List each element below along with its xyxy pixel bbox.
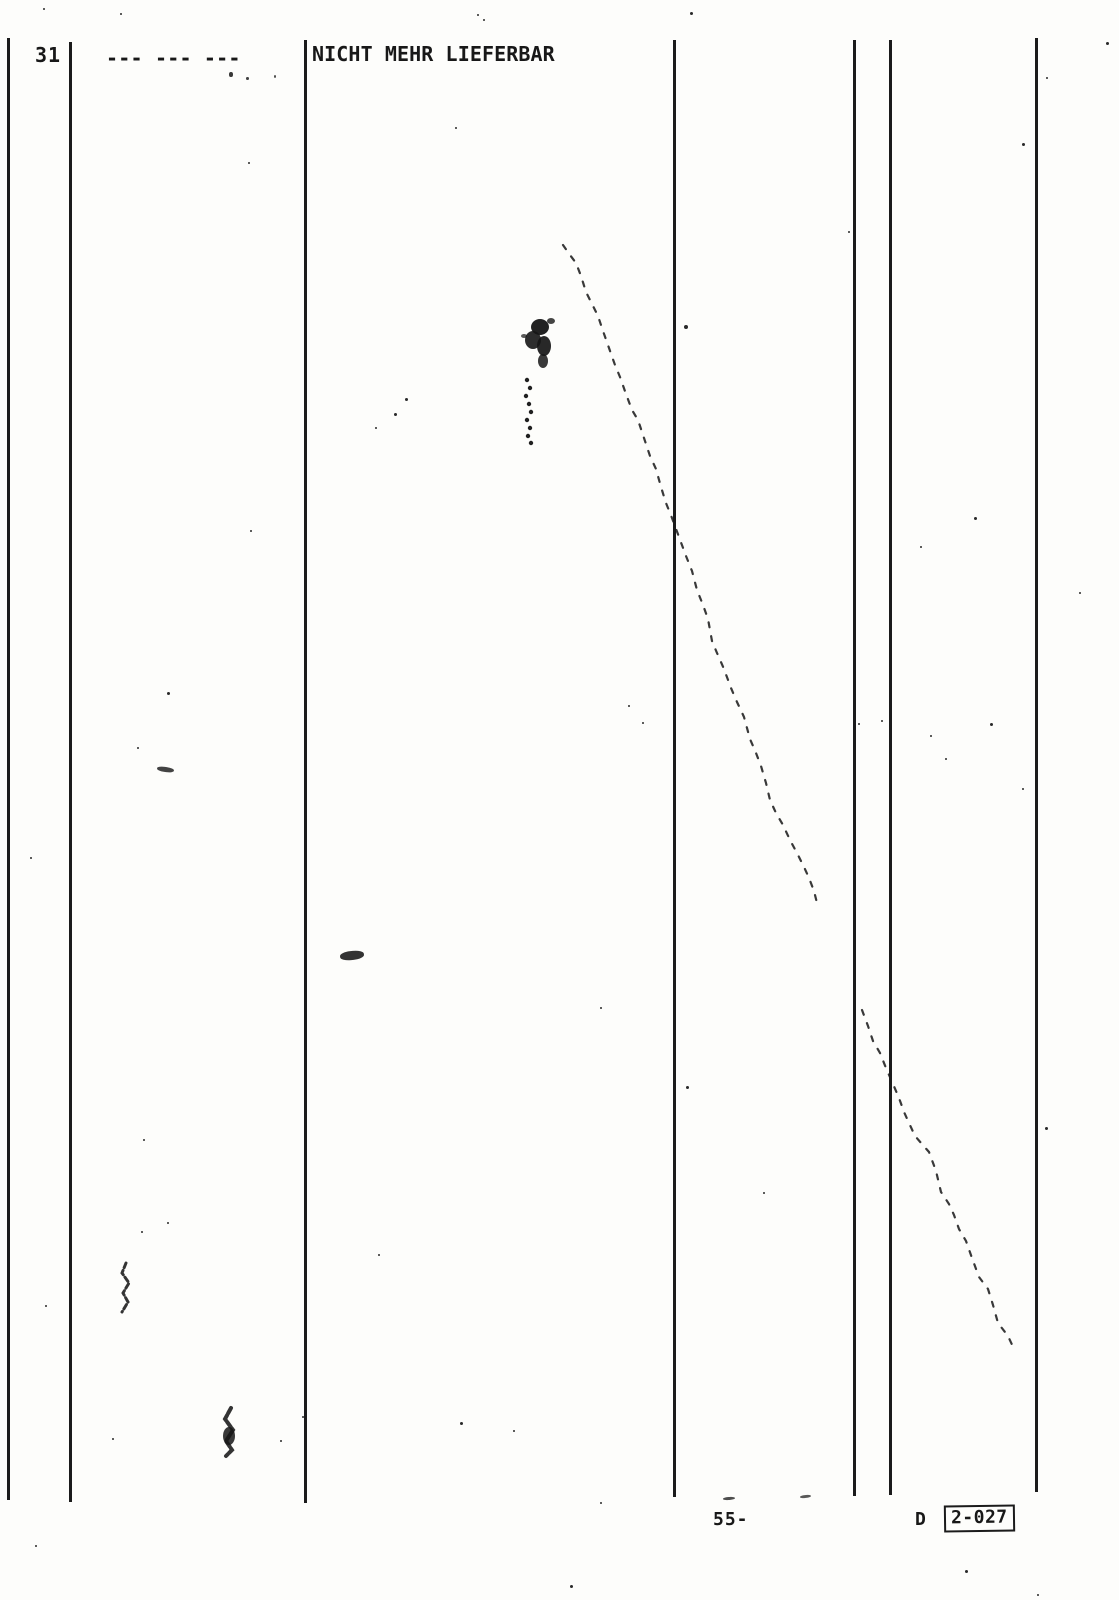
ink-blot: [547, 318, 555, 324]
scan-speck: [570, 1585, 573, 1588]
scan-speck: [920, 546, 922, 548]
scan-speck: [248, 162, 250, 164]
scan-speck: [30, 857, 32, 859]
scan-speck: [990, 723, 993, 726]
scan-speck: [137, 747, 139, 749]
ink-blot: [531, 319, 549, 335]
scan-speck: [250, 530, 252, 532]
scan-speck: [1046, 77, 1048, 79]
scan-speck: [965, 1570, 968, 1573]
scan-speck: [167, 1222, 169, 1224]
column-rule: [1035, 38, 1038, 1492]
scan-smudge: [157, 766, 175, 773]
scan-speck: [302, 1416, 304, 1418]
scan-speck: [1022, 788, 1024, 790]
scan-speck: [394, 413, 397, 416]
scan-speck: [455, 127, 457, 129]
ink-squiggle-mark: [225, 1408, 233, 1456]
ink-dot: [529, 441, 533, 445]
scan-speck: [35, 1545, 37, 1547]
scan-speck: [375, 427, 377, 429]
ink-dot: [525, 418, 529, 422]
paper-crease-mark: [862, 1010, 1014, 1349]
page-number: 55-: [713, 1511, 749, 1529]
scan-speck: [460, 1422, 463, 1425]
ink-blot: [223, 1427, 235, 1445]
ink-dot: [528, 386, 532, 390]
scan-speck: [974, 517, 977, 520]
scan-speck: [881, 720, 883, 722]
scan-smudge: [800, 1494, 811, 1498]
scan-speck: [763, 1192, 765, 1194]
scan-speck: [930, 735, 932, 737]
scan-speck: [141, 1231, 143, 1233]
scan-speck: [143, 1139, 145, 1141]
scan-speck: [684, 325, 688, 329]
ink-dot: [526, 434, 530, 438]
scan-speck: [600, 1502, 602, 1504]
scan-speck: [1037, 1594, 1039, 1596]
scan-speck: [167, 692, 170, 695]
scan-speck: [112, 1438, 114, 1440]
scan-speck: [858, 723, 860, 725]
column-rule: [673, 40, 676, 1497]
scan-speck: [477, 14, 479, 16]
ink-dot: [527, 402, 531, 406]
ink-blot: [525, 331, 541, 349]
ink-blot: [538, 354, 548, 368]
scan-speck: [378, 1254, 380, 1256]
scan-smudge: [274, 75, 276, 78]
scan-speck: [945, 758, 947, 760]
scan-speck: [1106, 42, 1109, 45]
availability-note: NICHT MEHR LIEFERBAR: [312, 44, 555, 64]
scan-smudge: [246, 77, 249, 80]
scan-smudge: [229, 72, 233, 77]
scan-speck: [1045, 1127, 1048, 1130]
plate-code: 2-027: [944, 1505, 1015, 1533]
scan-speck: [513, 1430, 515, 1432]
scan-speck: [628, 705, 630, 707]
paper-crease-mark: [563, 245, 818, 907]
column-rule: [304, 40, 307, 1503]
ink-dot: [524, 394, 528, 398]
section-letter: D: [915, 1511, 926, 1529]
scan-speck: [848, 231, 850, 233]
scan-speck: [1022, 143, 1025, 146]
scan-speck: [690, 12, 693, 15]
column-rule: [853, 40, 856, 1496]
column-rule: [69, 42, 72, 1502]
scan-speck: [1079, 592, 1081, 594]
scan-smudge: [723, 1497, 735, 1501]
column-rule: [7, 38, 10, 1500]
ink-dot: [528, 426, 532, 430]
ink-dot: [529, 410, 533, 414]
column-rule: [889, 40, 892, 1495]
scan-artifacts-layer: [0, 0, 1119, 1600]
scan-smudge: [340, 950, 365, 961]
scan-speck: [600, 1007, 602, 1009]
ink-squiggle-mark: [122, 1263, 129, 1312]
item-number: 31: [35, 45, 61, 65]
ink-blot: [537, 336, 551, 356]
scan-speck: [45, 1305, 47, 1307]
scan-speck: [280, 1440, 282, 1442]
ink-blot: [521, 334, 527, 338]
scan-speck: [405, 398, 408, 401]
scan-speck: [120, 13, 122, 15]
scan-speck: [483, 19, 485, 21]
scan-speck: [43, 8, 45, 10]
scan-speck: [642, 722, 644, 724]
ink-dot: [525, 378, 529, 382]
part-number-placeholder: --- --- ---: [106, 48, 241, 68]
scan-speck: [686, 1086, 689, 1089]
scanned-catalog-page: 31 --- --- --- NICHT MEHR LIEFERBAR 55- …: [0, 0, 1119, 1600]
